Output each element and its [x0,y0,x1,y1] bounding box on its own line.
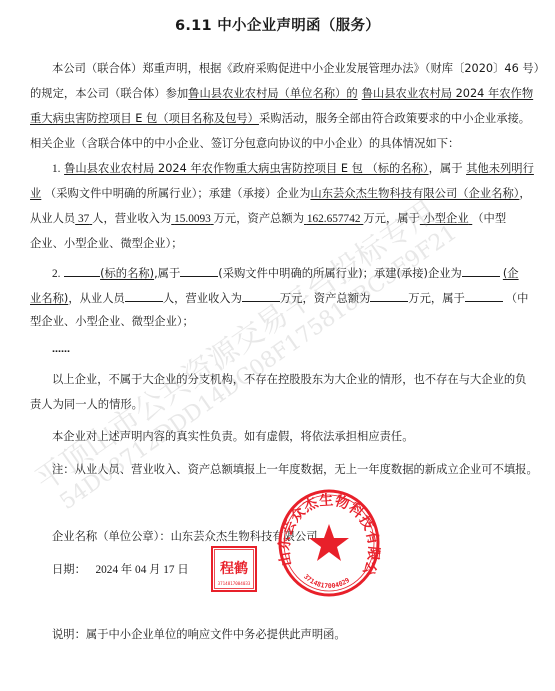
text: 的 [346,87,357,100]
unit-name-field: 鲁山县农业农村局（单位名称） [188,87,346,100]
project-name-field: 鲁山县农业农村局 2024 年农作物 [362,87,534,100]
text: ，属于 [429,162,463,175]
text: 万元，资产总额为 [214,212,304,225]
declaration-line-3: 重大病虫害防控项目 E 包（项目名称及包号）采购活动，服务全部由符合政策要求的中… [30,112,530,126]
svg-text:3714817004033: 3714817004033 [218,581,251,586]
text: 万元，属于 [408,292,465,305]
blank-field [462,265,500,277]
item1-line-2: 业 （采购文件中明确的所属行业）；承建（承接）企业为山东芸众杰生物科技有限公司（… [30,187,531,201]
item-number: 1. [52,163,60,175]
industry-field: 其他未列明行 [466,162,534,175]
date-label: 日期： [52,563,86,576]
date-value: 2024 年 04 月 17 日 [96,564,189,576]
statement-line-1: 以上企业，不属于大企业的分支机构，不存在控股股东为大企业的情形，也不存在与大企业… [52,373,526,387]
personal-seal-icon: 程鹤 3714817004033 [210,545,258,593]
revenue-field: 15.0093 [171,213,213,225]
text: 万元，资产总额为 [280,292,370,305]
text: 的规定，本公司（联合体）参加 [30,87,188,100]
date-line: 日期： 2024 年 04 月 17 日 [52,563,189,577]
ellipsis: …… [52,343,70,357]
subject-field: 鲁山县农业农村局 2024 年农作物重大病虫害防控项目 E 包 （标的名称） [64,162,429,175]
text: 从业人员 [30,212,75,225]
blank-field [180,265,218,277]
watermark-text: 平顶山市公共资源交易平台投标专用 [25,188,443,499]
text: ，从业人员 [68,292,125,305]
item1-line-1: 1. 鲁山县农业农村局 2024 年农作物重大病虫害防控项目 E 包 （标的名称… [52,162,534,176]
declaration-line-2: 的规定，本公司（联合体）参加鲁山县农业农村局（单位名称）的鲁山县农业农村局 20… [30,87,533,101]
statement-line-2: 责人为同一人的情形。 [30,398,143,412]
explanation-text: 说明：属于中小企业单位的响应文件中务必提供此声明函。 [52,628,346,642]
text: (标的名称) [100,267,154,280]
item2-line-1: 2. (标的名称),属于(采购文件中明确的所属行业)；承建(承接)企业为(企 [52,265,519,281]
responsibility-statement: 本企业对上述声明内容的真实性负责。如有虚假，将依法承担相应责任。 [52,430,414,444]
blank-field [465,290,503,302]
text: 采购活动，服务全部由符合政策要求的中小企业承接。 [259,112,530,125]
text: 人，营业收入为 [92,212,171,225]
company-label: 企业名称（单位公章）： [52,530,171,543]
company-seal: 山东芸众杰生物科技有限公司 3714817004029 [277,488,381,598]
item-number: 2. [52,268,60,280]
text: ,属于 [154,267,180,280]
text: (企 [503,267,519,280]
text: 万元，属于 [363,212,420,225]
blank-field [125,290,163,302]
document-page: 6.11 中小企业声明函（服务） 本公司（联合体）郑重声明，根据《政府采购促进中… [0,0,555,691]
svg-text:程鹤: 程鹤 [220,560,248,577]
text: 业名称) [30,292,68,305]
text: (采购文件中明确的所属行业)；承建(承接)企业为 [218,267,462,280]
blank-field [242,290,280,302]
text: 人，营业收入为 [163,292,242,305]
blank-field [370,290,408,302]
assets-field: 162.657742 [304,213,363,225]
note-text: 注：从业人员、营业收入、资产总额填报上一年度数据，无上一年度数据的新成立企业可不… [52,463,538,477]
text: （采购文件中明确的所属行业）；承建（承接）企业为 [45,187,310,200]
project-name-field: 重大病虫害防控项目 E 包（项目名称及包号） [30,112,259,125]
item1-line-4: 企业、小型企业、微型企业）； [30,237,183,251]
declaration-line-1: 本公司（联合体）郑重声明，根据《政府采购促进中小企业发展管理办法》（财库〔202… [52,62,545,76]
employees-field: 37 [75,213,92,225]
blank-field [64,265,100,277]
text: （中型 [472,212,506,225]
item2-line-3: 型企业、小型企业、微型企业）； [30,315,194,329]
personal-seal: 程鹤 3714817004033 [210,545,258,593]
size-field: 小型企业 [420,212,472,225]
item2-line-2: 业名称)，从业人员人，营业收入为万元，资产总额为万元，属于（中 [30,290,528,306]
text: （中 [506,292,529,305]
svg-text:3714817004029: 3714817004029 [302,573,351,591]
company-field: 山东芸众杰生物科技有限公司（企业名称） [310,187,519,200]
declaration-line-4: 相关企业（含联合体中的中小企业、签订分包意向协议的中小企业）的具体情况如下： [30,137,459,151]
industry-field: 业 [30,187,41,200]
company-seal-icon: 山东芸众杰生物科技有限公司 3714817004029 [277,488,381,598]
page-title: 6.11 中小企业声明函（服务） [0,14,555,35]
item1-line-3: 从业人员 37 人，营业收入为 15.0093 万元，资产总额为 162.657… [30,212,506,226]
